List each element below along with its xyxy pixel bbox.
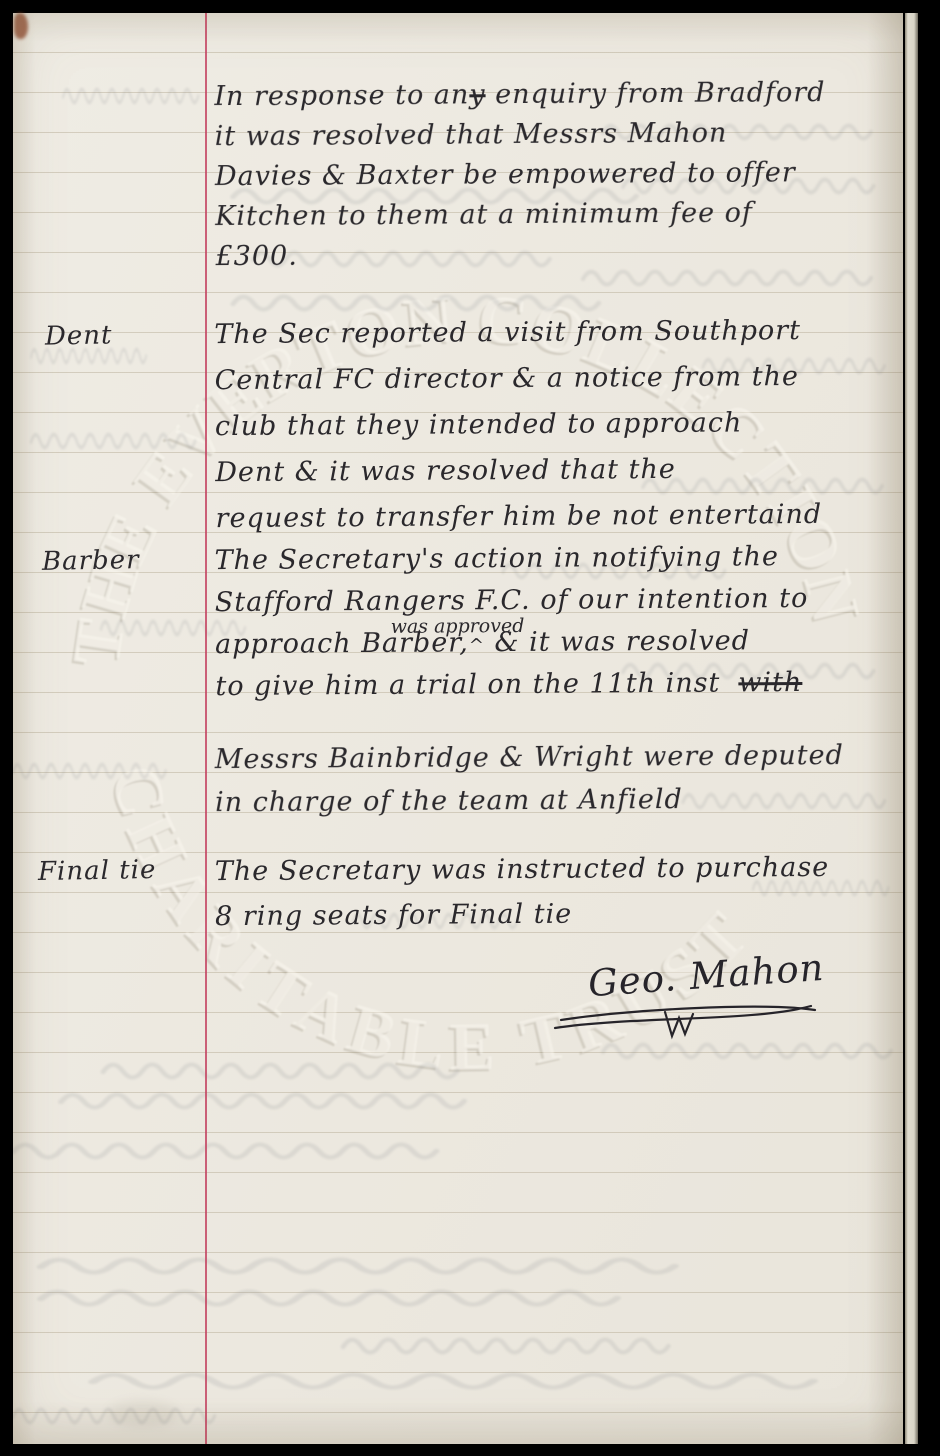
smudge-mark <box>108 1401 178 1427</box>
handwritten-line: Messrs Bainbridge & Wright were deputed <box>215 740 844 787</box>
handwritten-line: Dent & it was resolved that the <box>215 453 822 503</box>
handwritten-line: The Secretary's action in notifying the <box>214 541 808 587</box>
interlinear-insertion: ^was approved <box>469 627 485 658</box>
handwritten-line: The Secretary was instructed to purchase <box>215 852 830 901</box>
handwritten-line: it was resolved that Messrs Mahon <box>215 117 826 161</box>
handwritten-line: £300. <box>215 237 826 281</box>
minute-paragraph-bradford: In response to any enquiry from Bradford… <box>214 77 826 281</box>
minute-paragraph-dent: The Sec reported a visit from Southport … <box>214 315 822 549</box>
signature-flourish <box>553 998 833 1053</box>
handwritten-line: club that they intended to approach <box>215 407 822 457</box>
inserted-text: was approved <box>391 615 525 638</box>
handwritten-line: In response to any enquiry from Bradford <box>214 77 825 121</box>
margin-rule-line <box>205 13 207 1444</box>
handwritten-line: The Sec reported a visit from Southport <box>214 315 821 365</box>
signature-geo-mahon: Geo. Mahon <box>587 946 826 1005</box>
margin-label-final-tie: Final tie <box>38 855 157 887</box>
struck-letter: y <box>469 79 485 110</box>
handwritten-line: in charge of the team at Anfield <box>215 783 844 830</box>
handwritten-line: approach Barber,^was approved & it was r… <box>215 625 809 671</box>
handwritten-line: Central FC director & a notice from the <box>215 361 822 411</box>
minute-paragraph-final-tie: The Secretary was instructed to purchase… <box>215 852 830 946</box>
ledger-page: THE EVERTON COLLECTION CHARITABLE TRUST … <box>13 13 903 1444</box>
scanned-minute-book-photo: THE EVERTON COLLECTION CHARITABLE TRUST … <box>0 0 940 1456</box>
struck-out-word: with <box>738 667 802 698</box>
handwritten-line: Davies & Baxter be empowered to offer <box>215 157 826 201</box>
minute-paragraph-anfield: Messrs Bainbridge & Wright were deputed … <box>215 740 845 830</box>
handwritten-line: to give him a trial on the 11th instwith <box>215 667 809 713</box>
margin-label-barber: Barber <box>42 545 140 577</box>
handwritten-line: 8 ring seats for Final tie <box>215 897 830 946</box>
margin-label-dent: Dent <box>45 320 113 351</box>
handwritten-line: Kitchen to them at a minimum fee of <box>215 197 826 241</box>
minute-paragraph-barber: The Secretary's action in notifying the … <box>214 541 809 713</box>
rust-stain <box>14 13 28 39</box>
adjacent-page-edge <box>905 13 918 1444</box>
